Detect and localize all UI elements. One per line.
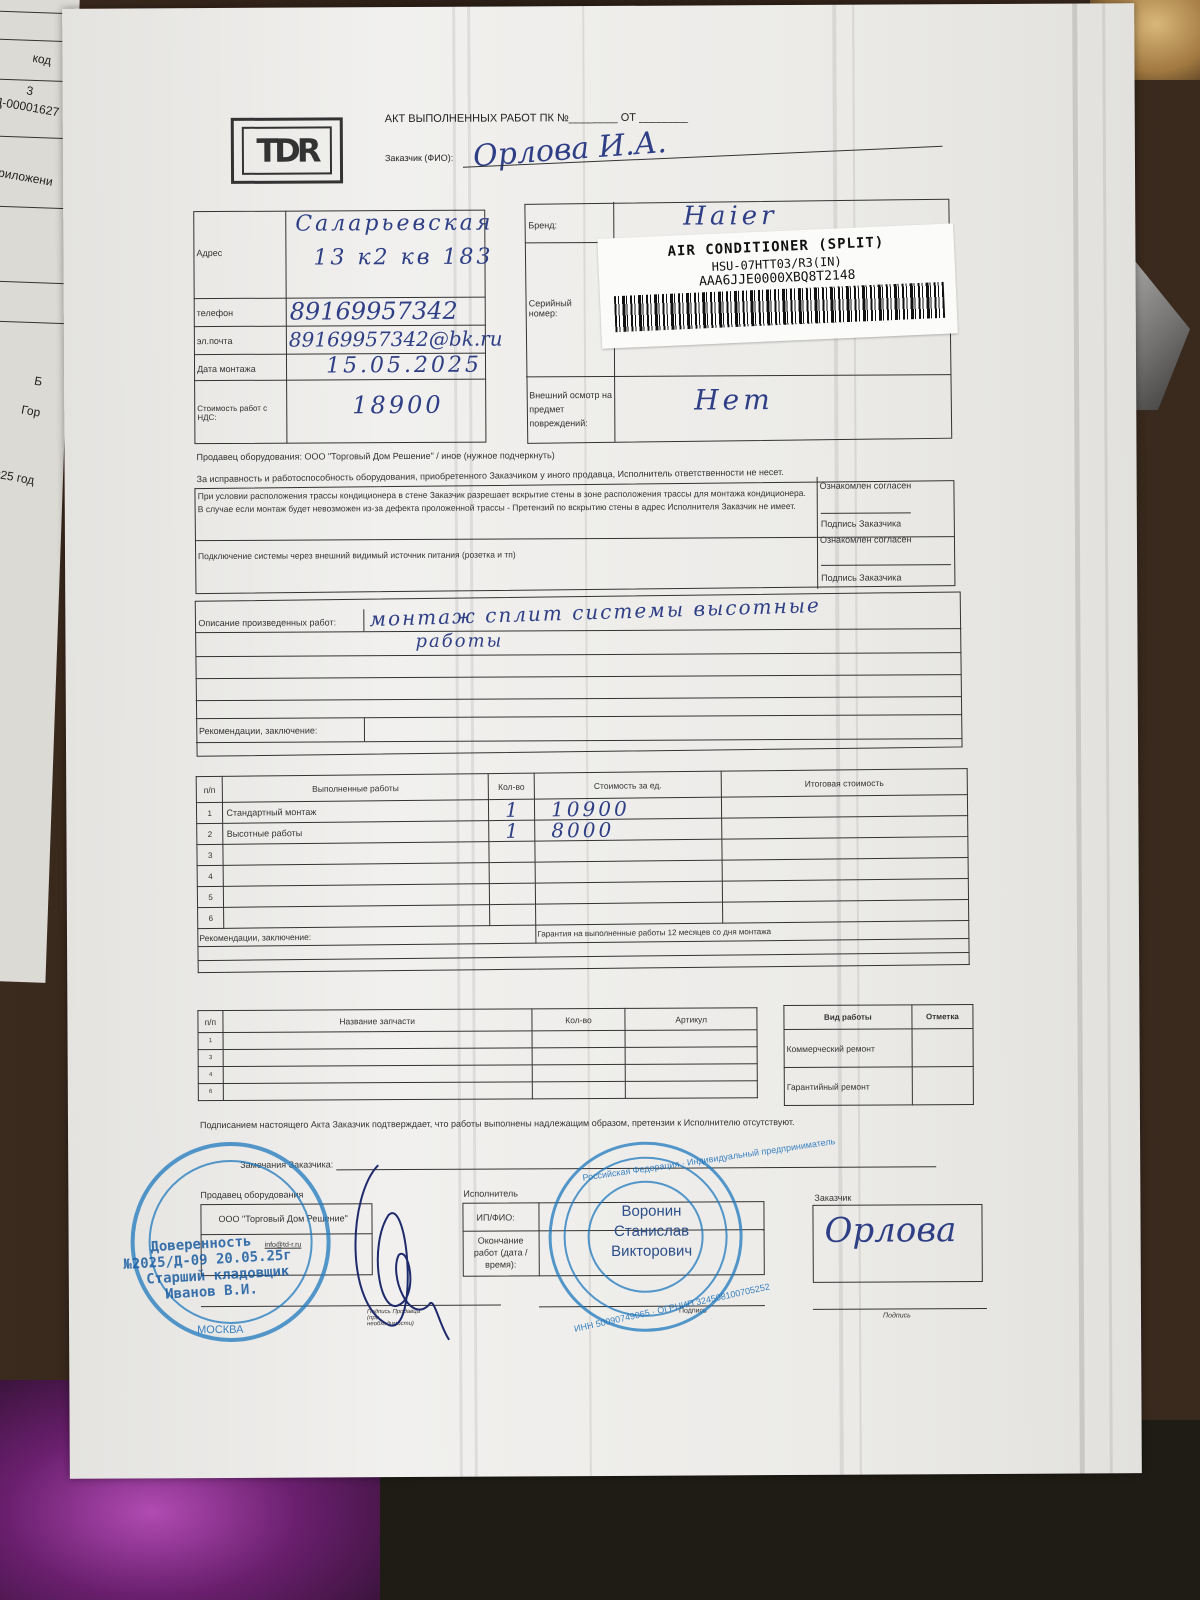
email-label: эл.почта xyxy=(197,336,233,346)
parts-cell xyxy=(532,1081,626,1098)
install-date-value: 15.05.2025 xyxy=(326,353,482,379)
work-total xyxy=(722,837,968,861)
work-type-header-cell: Отметка xyxy=(912,1005,973,1029)
table-row: Гарантийный ремонт xyxy=(784,1067,973,1106)
serial-label: Серийный номер: xyxy=(529,298,589,318)
work-unit-price: 8000 xyxy=(535,818,722,841)
cost-label: Стоимость работ с НДС: xyxy=(197,404,277,422)
parts-cell xyxy=(223,1048,532,1067)
parts-cell xyxy=(532,1047,626,1064)
work-qty xyxy=(489,883,535,904)
row-number: 6 xyxy=(198,1083,223,1100)
parts-table-grid: п/пНазвание запчастиКол-воАртикул1346 xyxy=(197,1007,757,1101)
work-name: Высотные работы xyxy=(223,821,489,845)
parts-cell xyxy=(223,1031,532,1050)
cost-value: 18900 xyxy=(352,391,444,419)
work-total xyxy=(722,879,968,903)
work-type-header: Вид работыОтметка xyxy=(784,1005,973,1030)
bg-label-3: 3 xyxy=(25,83,34,98)
seller-signature xyxy=(338,1155,459,1346)
work-qty xyxy=(490,904,536,925)
address-label: Адрес xyxy=(196,248,222,258)
email-value: 89169957342@bk.ru xyxy=(289,327,503,352)
works-description-line-2: работы xyxy=(415,631,503,652)
work-type-name: Гарантийный ремонт xyxy=(784,1067,912,1106)
customer-sign-label-1[interactable]: Подпись Заказчика xyxy=(821,518,901,528)
row-number: 6 xyxy=(198,907,225,928)
customer-signature-label: Заказчик xyxy=(814,1193,851,1203)
parts-table-header: п/пНазвание запчастиКол-воАртикул xyxy=(198,1008,757,1033)
document-title: АКТ ВЫПОЛНЕННЫХ РАБОТ ПК №________ ОТ __… xyxy=(385,112,688,126)
agree-label-2: Ознакомлен согласен xyxy=(820,534,912,544)
work-total xyxy=(722,816,968,840)
row-number: 4 xyxy=(197,865,224,886)
work-unit-price xyxy=(535,839,722,862)
condition-power-source: Подключение системы через внешний видимы… xyxy=(198,549,516,561)
bg-label-year: 2025 год xyxy=(0,465,35,487)
parts-header-cell: Артикул xyxy=(625,1008,757,1031)
contractor-label: Исполнитель xyxy=(463,1188,518,1198)
work-name xyxy=(224,863,490,887)
work-name xyxy=(223,842,489,866)
contractor-stamp: Российская Федерация · Индивидуальный пр… xyxy=(548,1141,743,1332)
works-header-cell: Стоимость за ед. xyxy=(534,771,721,799)
bg-label-b: Б xyxy=(33,374,43,389)
contractor-name-label: ИП/ФИО: xyxy=(476,1212,514,1222)
work-unit-price: 10900 xyxy=(535,797,722,820)
condition-wall-opening: При условии расположения трассы кондицио… xyxy=(198,487,808,516)
work-unit-price xyxy=(535,881,722,904)
brand-label: Бренд: xyxy=(528,220,557,230)
work-total xyxy=(722,858,968,882)
works-header-cell: Кол-во xyxy=(488,773,534,799)
works-table-grid: п/пВыполненные работыКол-воСтоимость за … xyxy=(196,768,970,973)
row-number: 3 xyxy=(197,844,224,865)
address-line-2: 13 к2 кв 183 xyxy=(313,245,493,271)
works-table: п/пВыполненные работыКол-воСтоимость за … xyxy=(196,768,970,973)
works-header-cell: п/п xyxy=(196,776,223,802)
work-total xyxy=(722,900,968,924)
parts-cell xyxy=(626,1064,758,1082)
bg-label-code: код xyxy=(32,51,53,68)
parts-header-cell: Кол-во xyxy=(532,1008,626,1030)
brand-value: Haier xyxy=(683,201,777,231)
parts-cell xyxy=(626,1081,758,1099)
inspection-value: Нет xyxy=(694,383,774,416)
seller-note: Продавец оборудования: ООО "Торговый Дом… xyxy=(196,450,554,462)
parts-cell xyxy=(532,1064,626,1081)
work-unit-price xyxy=(536,902,723,925)
table-row: Коммерческий ремонт xyxy=(784,1029,973,1068)
parts-cell xyxy=(626,1047,758,1065)
inspection-label: Внешний осмотр на предмет повреждений: xyxy=(529,388,613,430)
power-of-attorney-stamp: Доверенность №2025/Д-09 20.05.25г Старши… xyxy=(122,1231,294,1305)
works-header-cell: Итоговая стоимость xyxy=(721,769,967,798)
parts-header-cell: Название запчасти xyxy=(223,1009,532,1033)
work-qty: 1 xyxy=(489,820,535,841)
row-number: 2 xyxy=(197,823,224,844)
contractor-end-label: Окончание работ (дата / время): xyxy=(465,1234,537,1270)
work-name xyxy=(224,884,490,908)
address-line-1: Саларьевская xyxy=(295,211,493,237)
bg-label-gor: Гор xyxy=(20,402,41,419)
phone-label: телефон xyxy=(197,308,233,318)
liability-note: За исправность и работоспособность обору… xyxy=(197,467,784,484)
table-row: 6 xyxy=(198,1081,757,1101)
work-type-mark-checkbox[interactable] xyxy=(912,1029,973,1067)
parts-header-cell: п/п xyxy=(198,1010,223,1032)
customer-signature: Орлова xyxy=(824,1210,956,1251)
work-unit-price xyxy=(535,860,722,883)
works-header-cell: Выполненные работы xyxy=(223,774,489,803)
work-total xyxy=(721,795,967,819)
work-type-header-cell: Вид работы xyxy=(784,1005,912,1030)
work-qty xyxy=(489,841,535,862)
work-type-name: Коммерческий ремонт xyxy=(784,1029,912,1068)
work-name xyxy=(224,905,490,929)
parts-cell xyxy=(532,1030,626,1047)
row-number: 4 xyxy=(198,1066,223,1083)
row-number: 5 xyxy=(197,886,224,907)
company-logo: TDR xyxy=(231,117,343,184)
work-completion-act: TDR АКТ ВЫПОЛНЕННЫХ РАБОТ ПК №________ О… xyxy=(62,3,1142,1479)
customer-sign-label-2[interactable]: Подпись Заказчика xyxy=(821,572,901,582)
works-description-label: Описание произведенных работ: xyxy=(198,617,336,628)
row-number: 3 xyxy=(198,1049,223,1066)
row-number: 1 xyxy=(196,802,223,823)
customer-label: Заказчик (ФИО): xyxy=(385,153,453,163)
work-qty xyxy=(489,862,535,883)
work-type-table: Вид работыОтметкаКоммерческий ремонтГара… xyxy=(783,1004,974,1106)
bg-label-appendix: приложени xyxy=(0,164,54,188)
recommendations-label-1: Рекомендации, заключение: xyxy=(199,725,318,736)
row-number: 1 xyxy=(198,1032,223,1049)
work-type-mark-checkbox[interactable] xyxy=(912,1067,973,1105)
agree-label-1: Ознакомлен согласен xyxy=(820,480,912,490)
install-date-label: Дата монтажа xyxy=(197,364,256,374)
customer-sign-label: Подпись xyxy=(883,1312,911,1319)
customer-name: Орлова И.А. xyxy=(472,125,668,174)
work-type-grid: Вид работыОтметкаКоммерческий ремонтГара… xyxy=(783,1004,974,1106)
phone-value: 89169957342 xyxy=(290,297,458,326)
parts-table: п/пНазвание запчастиКол-воАртикул1346 xyxy=(197,1007,757,1101)
parts-cell xyxy=(223,1065,532,1084)
parts-cell xyxy=(223,1082,532,1101)
confirmation-note: Подписанием настоящего Акта Заказчик под… xyxy=(200,1117,795,1130)
work-name: Стандартный монтаж xyxy=(223,800,489,824)
parts-cell xyxy=(625,1030,757,1048)
serial-sticker: AIR CONDITIONER (SPLIT) HSU-07HTT03/R3(I… xyxy=(597,223,957,348)
work-qty: 1 xyxy=(488,799,534,820)
